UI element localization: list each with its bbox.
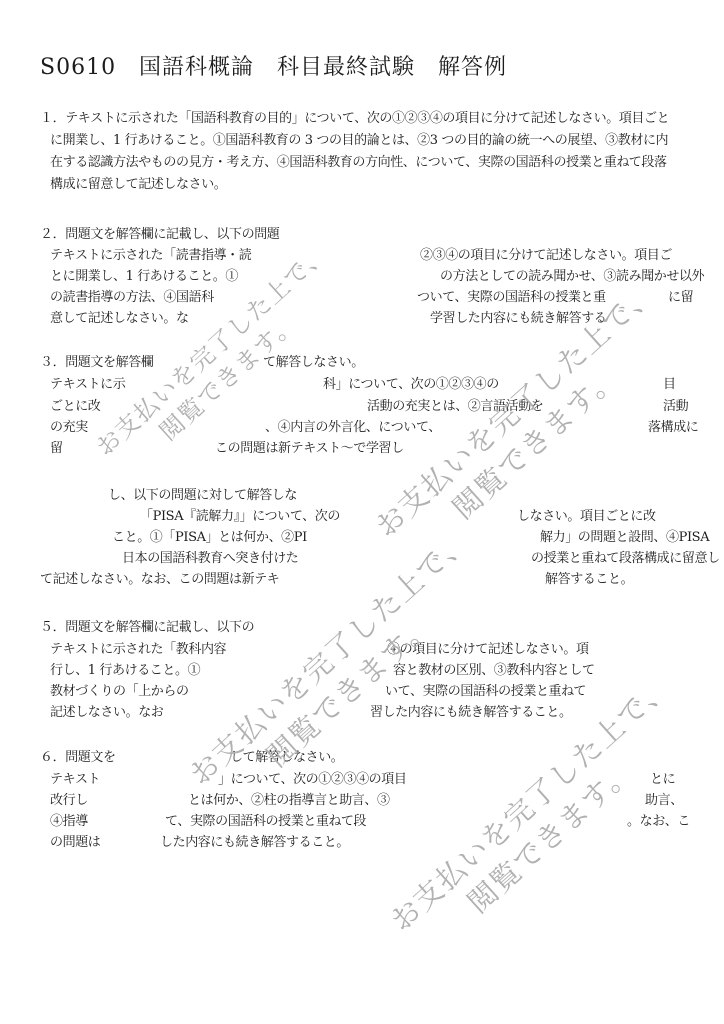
- page-title: S0610 国語科概論 科目最終試験 解答例: [40, 50, 507, 81]
- item4-line4-frag1: 日本の国語科教育へ突き付けた: [122, 551, 298, 566]
- item6-line2-frag3: とに: [650, 772, 675, 787]
- item1-line4: 構成に留意して記述しなさい。: [50, 177, 226, 192]
- item2-line3-frag1: とに開業し、1 行あけること。①: [50, 269, 238, 284]
- item4-line4-frag2: の授業と重ねて段落構成に留意し: [531, 551, 720, 566]
- item1-line3: 在する認識方法やものの見方・考え方、④国語科教育の方向性、について、実際の国語科…: [50, 155, 667, 170]
- item4-line5-frag1: て記述しなさい。なお、この問題は新テキ: [40, 572, 279, 587]
- item4-line5-frag2: 解答すること。: [545, 572, 633, 587]
- item5-line3-frag1: 行し、1 行あけること。①: [50, 663, 200, 678]
- item4-line3-frag2: 解力」の問題と設問、④PISA: [540, 530, 709, 545]
- item3-line1-frag2: て解答しなさい。: [263, 355, 364, 370]
- item3-line2-frag3: 目: [663, 377, 676, 392]
- item1-line1: １．テキストに示された「国語科教育の目的」について、次の①②③④の項目に分けて記…: [40, 111, 669, 126]
- item3-line2-frag2: 科」について、次の①②③④の: [323, 377, 499, 392]
- item5-line2-frag1: テキストに示された「教科内容: [50, 642, 226, 657]
- item2-line3-frag2: の方法としての読み聞かせ、③読み聞かせ以外: [440, 269, 704, 284]
- item3-line3-frag1: ごとに改: [50, 399, 100, 414]
- item4-line3-frag1: こと。①「PISA」とは何か、②PI: [112, 530, 307, 545]
- item2-line5-frag2: 学習した内容にも続き解答する: [430, 311, 606, 326]
- item3-line5-frag2: この問題は新テキスト～で学習し: [215, 441, 404, 456]
- item4-line2-frag1: 「PISA『読解力』」について、次の: [140, 509, 340, 524]
- item2-line5-frag1: 意して記述しなさい。な: [50, 311, 189, 326]
- item2-line4-frag2: ついて、実際の国語科の授業と重: [417, 290, 606, 305]
- watermark-line-2: 閲覧できます。: [408, 696, 704, 968]
- item3-line4-frag3: 落構成に: [648, 420, 698, 435]
- item6-line3-frag1: 改行し: [50, 793, 88, 808]
- item5-line4-frag2: いて、実際の国語科の授業と重ねて: [385, 684, 586, 699]
- item5-line5-frag1: 記述しなさい。なお: [50, 705, 163, 720]
- item3-line4-frag2: 、④内言の外言化、について、: [265, 420, 441, 435]
- item5-line3-frag2: 容と教材の区別、③教科内容として: [393, 663, 595, 678]
- item3-line5-frag1: 留: [50, 441, 63, 456]
- item6-line3-frag3: 助言、: [645, 793, 683, 808]
- item3-line2-frag1: テキストに示: [50, 377, 125, 392]
- item6-line2-frag1: テキスト: [50, 772, 100, 787]
- item3-line4-frag1: の充実: [50, 420, 88, 435]
- item4-line1-frag1: し、以下の問題に対して解答しな: [108, 488, 297, 503]
- item2-line4-frag1: の読書指導の方法、④国語科: [50, 290, 214, 305]
- item2-line4-frag3: に留: [668, 290, 693, 305]
- item5-line5-frag2: 習した内容にも続き解答すること。: [370, 705, 572, 720]
- item5-line1-frag1: ５．問題文を解答欄に記載し、以下の: [40, 620, 254, 635]
- item6-line5-frag1: の問題は: [50, 835, 100, 850]
- item2-line2-frag1: テキストに示された「読書指導・読: [50, 248, 251, 263]
- item5-line4-frag1: 教材づくりの「上からの: [50, 684, 189, 699]
- item6-line1-frag1: ６．問題文を: [40, 750, 116, 765]
- item6-line4-frag2: て、実際の国語科の授業と重ねて段: [165, 814, 366, 829]
- item6-line4-frag3: 。なお、こ: [627, 814, 690, 829]
- item1-line2: に開業し、1 行あけること。①国語科教育の 3 つの目的論とは、②3 つの目的論…: [50, 133, 668, 148]
- item3-line3-frag3: 活動: [663, 399, 688, 414]
- item4-line2-frag2: しなさい。項目ごとに改: [517, 509, 656, 524]
- item2-line2-frag2: ②③④の項目に分けて記述しなさい。項目ご: [420, 248, 672, 263]
- item6-line4-frag1: ④指導: [50, 814, 88, 829]
- item2-line1-frag1: ２．問題文を解答欄に記載し、以下の問題: [40, 227, 279, 242]
- item3-line1-frag1: ３．問題文を解答欄: [40, 355, 153, 370]
- item6-line5-frag2: した内容にも続き解答すること。: [160, 835, 349, 850]
- document-page: S0610 国語科概論 科目最終試験 解答例 １．テキストに示された「国語科教育…: [0, 0, 724, 1024]
